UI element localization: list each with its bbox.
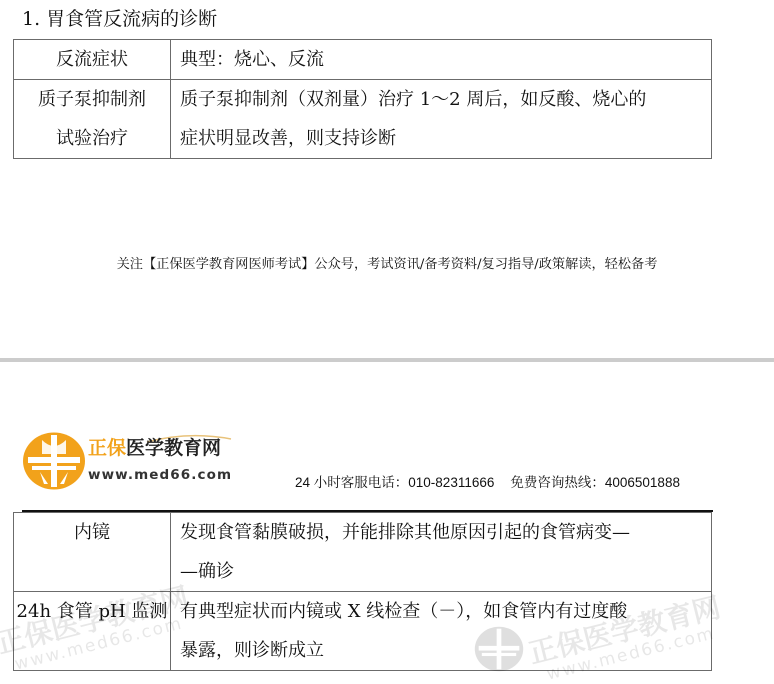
watermark-logo-icon <box>474 626 524 672</box>
diagnosis-table-1: 反流症状 典型：烧心、反流 质子泵抑制剂 试验治疗 质子泵抑制剂（双剂量）治疗 … <box>13 39 712 159</box>
table-row: 内镜 发现食管黏膜破损，并能排除其他原因引起的食管病变— —确诊 <box>14 513 712 592</box>
brand-name: 正保医学教育网 <box>88 436 221 460</box>
section-title: 1. 胃食管反流病的诊断 <box>22 6 217 32</box>
contact-line: 24 小时客服电话：010-82311666免费咨询热线：4006501888 <box>295 471 680 491</box>
hotline: 4006501888 <box>605 475 680 490</box>
table-row: 质子泵抑制剂 试验治疗 质子泵抑制剂（双剂量）治疗 1～2 周后，如反酸、烧心的… <box>14 80 712 159</box>
row-content-cell: 质子泵抑制剂（双剂量）治疗 1～2 周后，如反酸、烧心的 症状明显改善，则支持诊… <box>171 80 712 159</box>
row-label: 质子泵抑制剂 <box>14 80 170 119</box>
service-phone: 010-82311666 <box>408 475 494 490</box>
brand-url: www.med66.com <box>88 467 232 483</box>
page-separator <box>0 358 774 362</box>
row-content: 症状明显改善，则支持诊断 <box>180 119 707 158</box>
row-content-cell: 典型：烧心、反流 <box>171 40 712 80</box>
brand-name-part2: 医学教育网 <box>126 437 221 459</box>
row-content-cell: 发现食管黏膜破损，并能排除其他原因引起的食管病变— —确诊 <box>171 513 712 592</box>
row-content: 质子泵抑制剂（双剂量）治疗 1～2 周后，如反酸、烧心的 <box>180 80 707 119</box>
hotline-label: 免费咨询热线： <box>510 475 605 490</box>
row-label-cell: 内镜 <box>14 513 171 592</box>
row-content: —确诊 <box>180 552 707 591</box>
row-content: 发现食管黏膜破损，并能排除其他原因引起的食管病变— <box>180 513 707 552</box>
service-phone-label: 24 小时客服电话： <box>295 475 408 490</box>
row-content: 典型：烧心、反流 <box>180 40 707 79</box>
brand-name-part1: 正保 <box>88 437 126 459</box>
med66-logo-icon <box>22 432 86 490</box>
row-label: 反流症状 <box>14 40 170 79</box>
table-row: 反流症状 典型：烧心、反流 <box>14 40 712 80</box>
row-label: 试验治疗 <box>14 119 170 158</box>
footer-note: 关注【正保医学教育网医师考试】公众号，考试资讯/备考资料/复习指导/政策解读，轻… <box>0 255 774 275</box>
row-label-cell: 质子泵抑制剂 试验治疗 <box>14 80 171 159</box>
row-label: 内镜 <box>14 513 170 552</box>
row-label-cell: 反流症状 <box>14 40 171 80</box>
